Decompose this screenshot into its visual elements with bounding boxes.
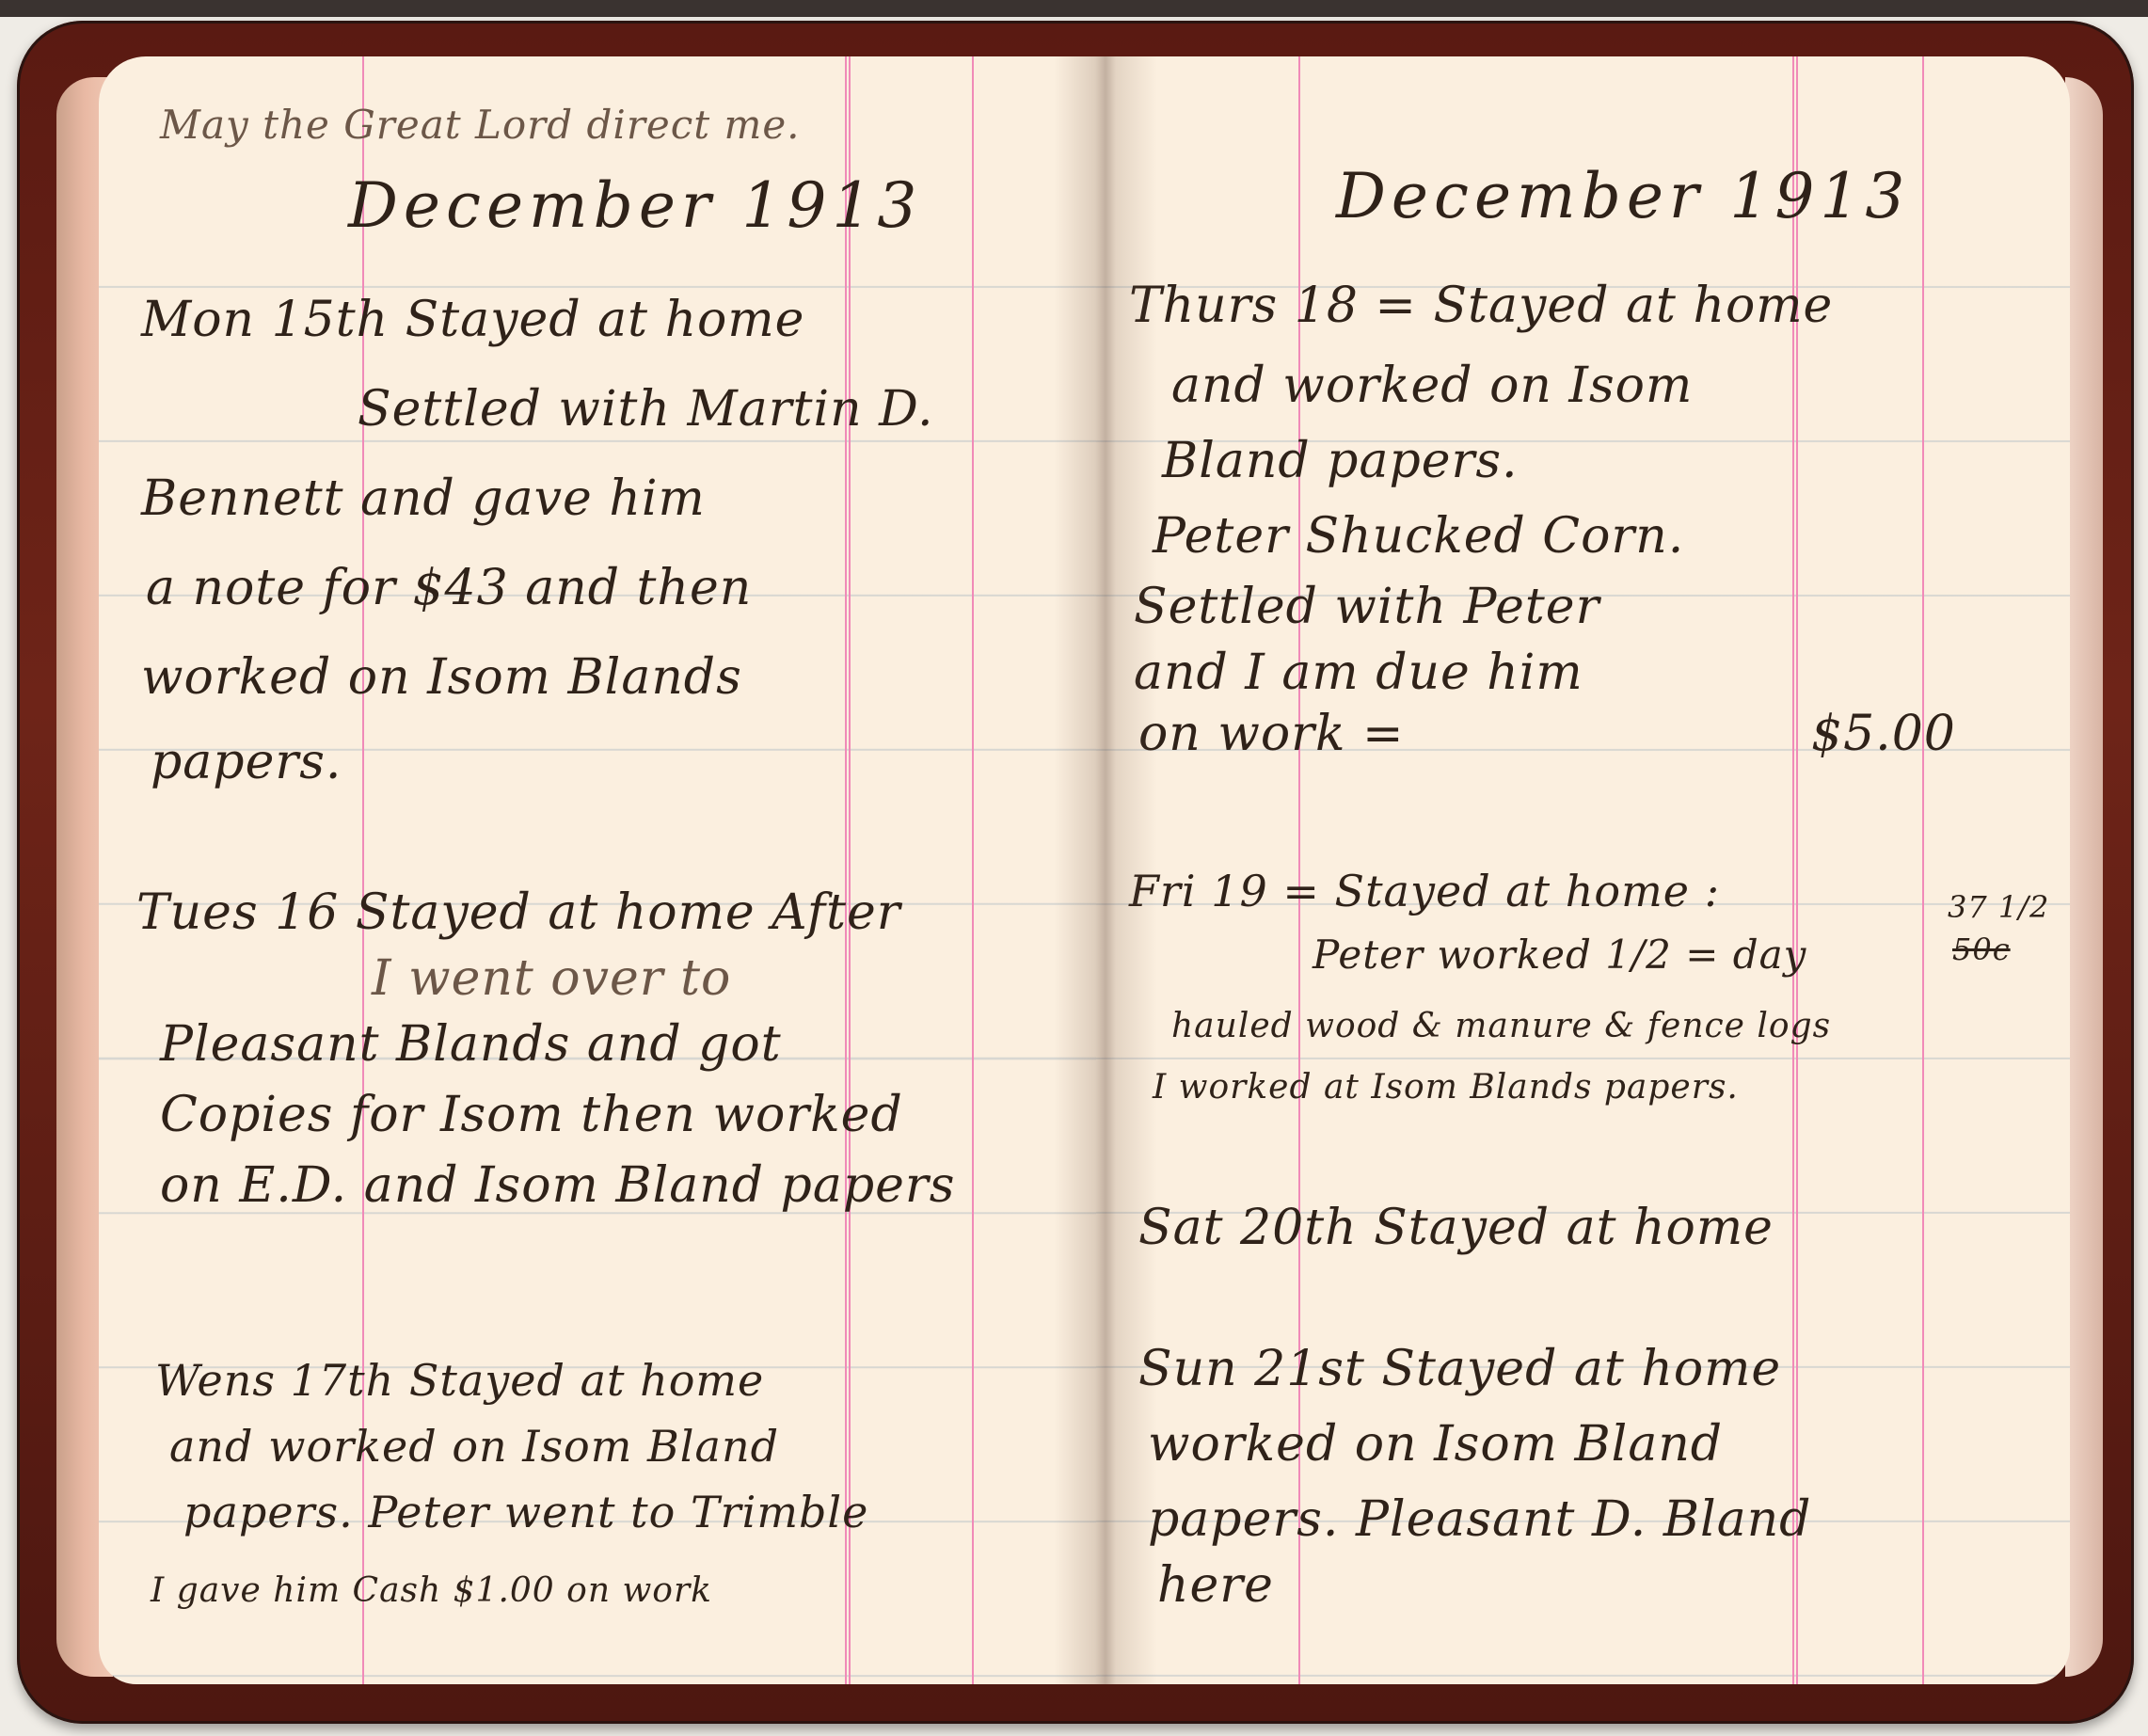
entry-line: Peter worked 1/2 = day [1313, 932, 1806, 978]
entry-line: Copies for Isom then worked [160, 1087, 903, 1143]
entry-line: and worked on Isom Bland [169, 1421, 779, 1472]
entry-line: here [1157, 1557, 1274, 1614]
entry-line: Mon 15th Stayed at home [141, 292, 804, 348]
entry-line: Sat 20th Stayed at home [1138, 1200, 1774, 1256]
entry-line: on work = [1138, 706, 1405, 762]
entry-line: Fri 19 = Stayed at home : [1129, 866, 1720, 916]
motto: May the Great Lord direct me. [160, 102, 801, 148]
entry-line: I went over to [372, 950, 731, 1007]
column-rule-double [845, 56, 851, 1684]
margin-note-struck: 50c [1952, 932, 2011, 967]
entry-line: and worked on Isom [1171, 358, 1693, 414]
entry-line: I worked at Isom Blands papers. [1153, 1068, 1739, 1107]
entry-line: Thurs 18 = Stayed at home [1129, 278, 1833, 334]
entry-line: on E.D. and Isom Bland papers [160, 1157, 955, 1214]
entry-line: papers. [151, 734, 342, 790]
column-rule [972, 56, 974, 1684]
right-page: December 1913 Thurs 18 = Stayed at home … [1096, 56, 2070, 1684]
entry-line: a note for $43 and then [146, 560, 752, 616]
entry-line: Settled with Peter [1134, 579, 1599, 635]
entry-line: Peter Shucked Corn. [1153, 508, 1684, 565]
entry-line: Tues 16 Stayed at home After [136, 884, 901, 941]
entry-line: Settled with Martin D. [358, 381, 933, 438]
entry-line: worked on Isom Blands [141, 649, 742, 706]
left-page: May the Great Lord direct me. December 1… [99, 56, 1096, 1684]
margin-note: 37 1/2 [1948, 889, 2049, 925]
entry-line: hauled wood & manure & fence logs [1171, 1007, 1831, 1045]
entry-line: and I am due him [1134, 645, 1583, 701]
entry-line: I gave him Cash $1.00 on work [151, 1571, 712, 1610]
entry-line: Wens 17th Stayed at home [155, 1355, 764, 1406]
page-header-date: December 1913 [1336, 160, 1910, 232]
entry-line: worked on Isom Bland [1148, 1416, 1723, 1473]
page-header-date: December 1913 [348, 169, 922, 242]
column-rule [1922, 56, 1924, 1684]
entry-line: Pleasant Blands and got [160, 1016, 782, 1073]
amount-due: $5.00 [1811, 706, 1956, 762]
page-edges-right [2065, 77, 2103, 1677]
entry-line: papers. Pleasant D. Bland [1148, 1491, 1811, 1548]
entry-line: Sun 21st Stayed at home [1138, 1341, 1781, 1397]
entry-line: Bland papers. [1162, 433, 1519, 489]
photo-background: May the Great Lord direct me. December 1… [0, 0, 2148, 1736]
entry-line: Bennett and gave him [141, 470, 706, 527]
entry-line: papers. Peter went to Trimble [183, 1487, 868, 1537]
